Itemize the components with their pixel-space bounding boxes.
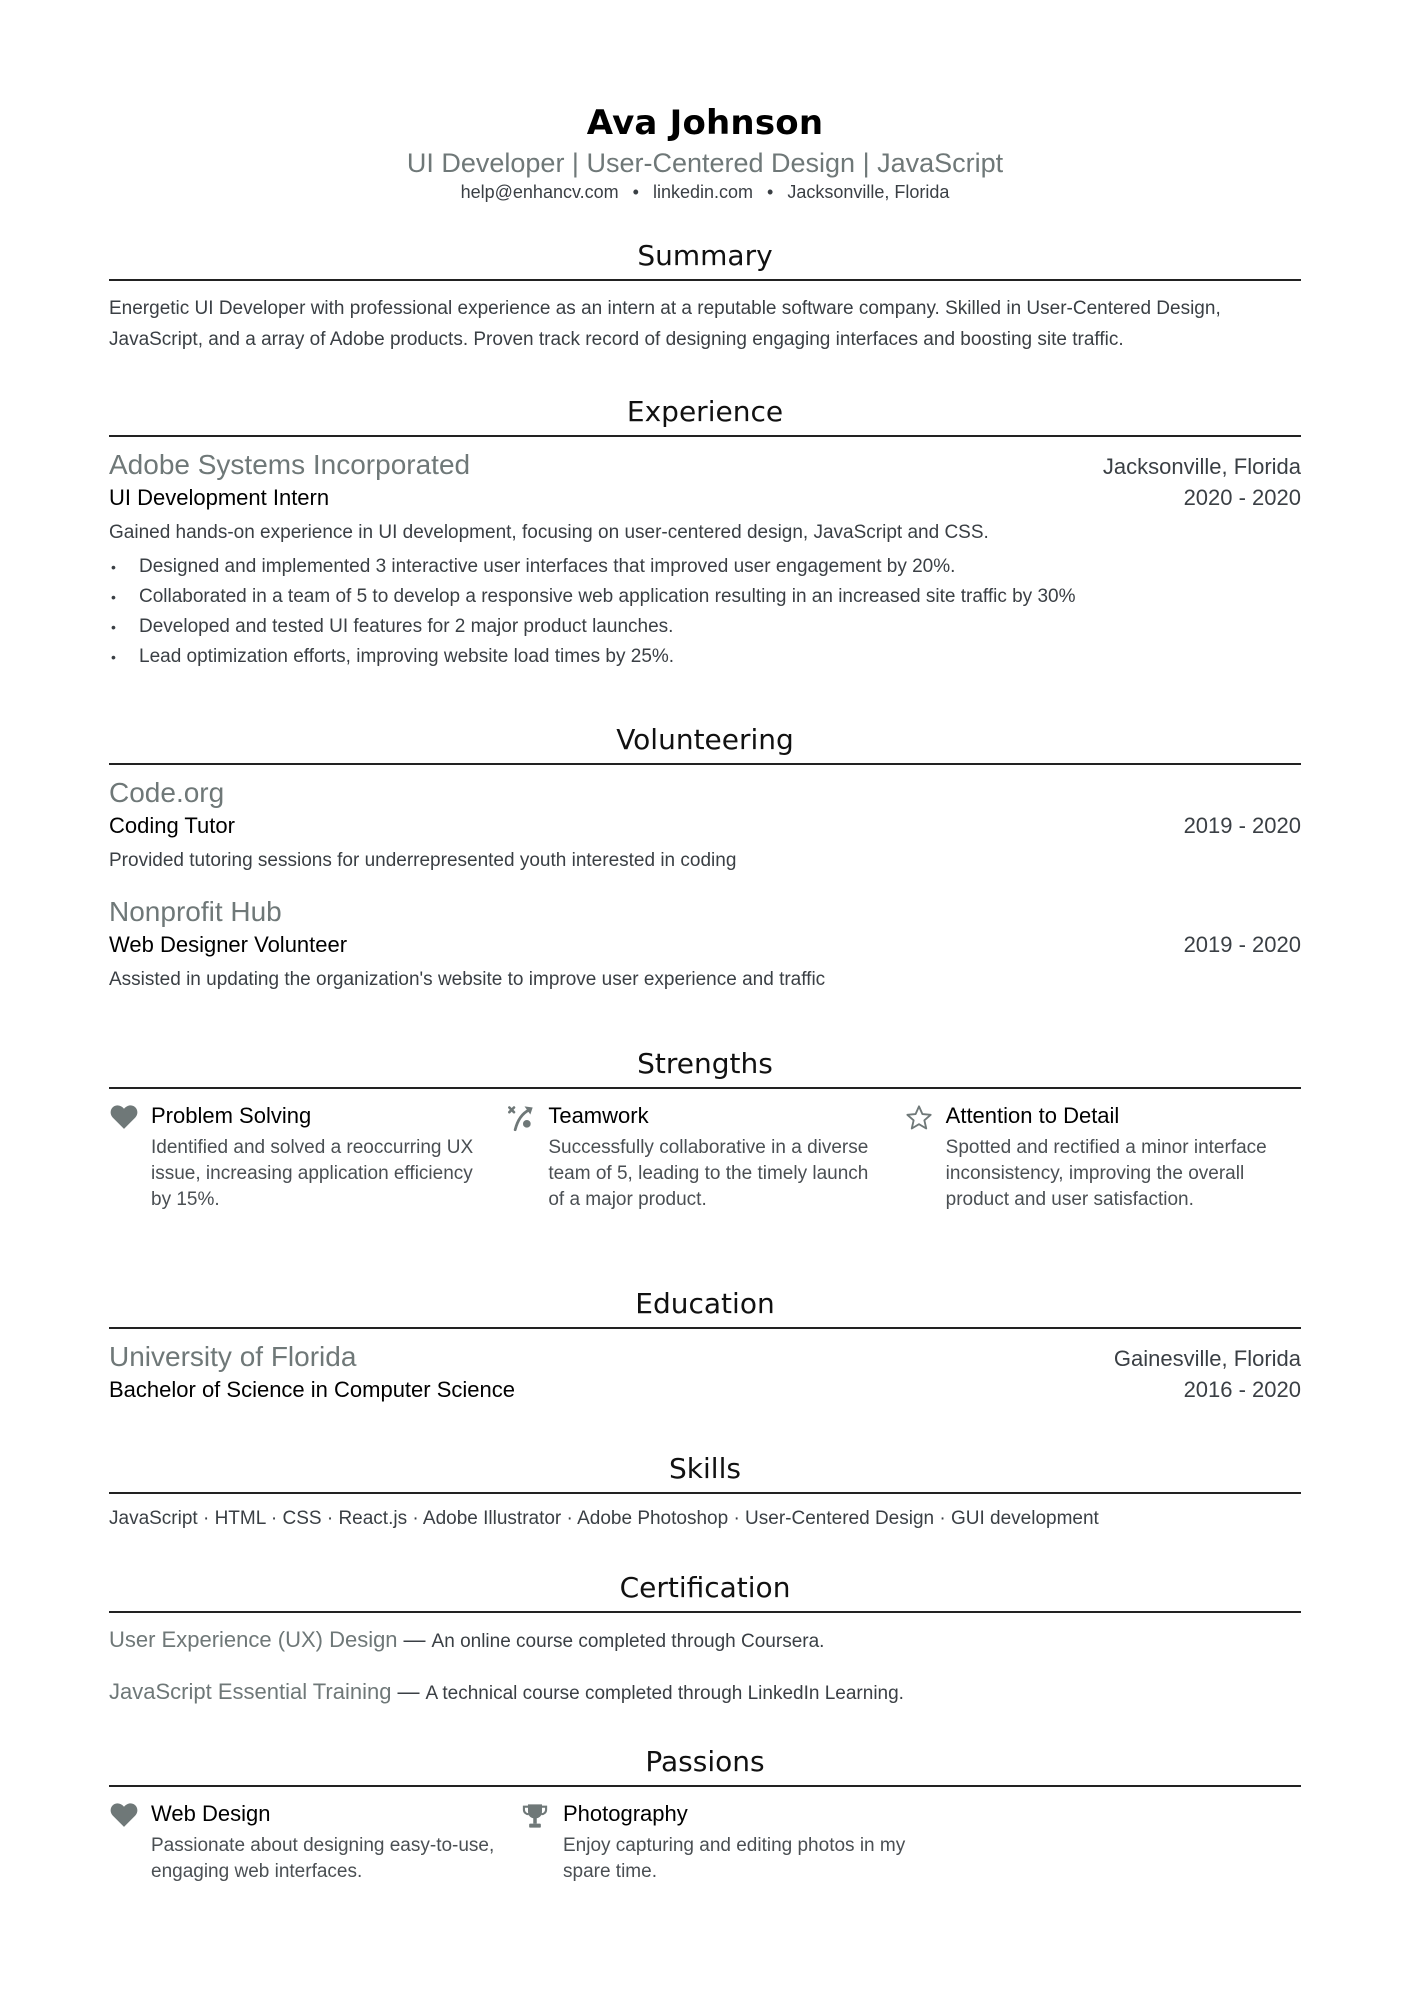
section-divider <box>109 1327 1301 1329</box>
bullet-item: Lead optimization efforts, improving web… <box>109 642 1301 672</box>
candidate-title: UI Developer | User-Centered Design | Ja… <box>109 146 1301 180</box>
certification-name: User Experience (UX) Design <box>109 1627 398 1652</box>
contact-line: help@enhancv.com•linkedin.com•Jacksonvil… <box>109 180 1301 204</box>
heart-icon <box>109 1799 151 1885</box>
volunteering-section: Volunteering Code.org Coding Tutor 2019 … <box>109 722 1301 995</box>
strength-title: Teamwork <box>548 1101 903 1131</box>
volunteer-role: Coding Tutor <box>109 811 235 841</box>
volunteer-entry: Nonprofit Hub Web Designer Volunteer 201… <box>109 894 1301 995</box>
section-divider <box>109 1611 1301 1613</box>
strength-item: Attention to Detail Spotted and rectifie… <box>904 1101 1301 1213</box>
passion-description: Passionate about designing easy-to-use, … <box>151 1833 521 1885</box>
education-entry: University of Florida Gainesville, Flori… <box>109 1339 1301 1405</box>
section-divider <box>109 763 1301 765</box>
skills-list: JavaScript · HTML · CSS · React.js · Ado… <box>109 1506 1301 1532</box>
section-divider <box>109 435 1301 437</box>
bullet-item: Designed and implemented 3 interactive u… <box>109 552 1301 582</box>
passion-item: Web Design Passionate about designing ea… <box>109 1799 521 1885</box>
section-title: Volunteering <box>109 722 1301 758</box>
job-role: UI Development Intern <box>109 483 329 513</box>
company-name: Adobe Systems Incorporated <box>109 447 470 483</box>
job-description: Gained hands-on experience in UI develop… <box>109 517 1301 548</box>
bullet-item: Collaborated in a team of 5 to develop a… <box>109 582 1301 612</box>
strength-title: Problem Solving <box>151 1101 506 1131</box>
section-title: Strengths <box>109 1046 1301 1082</box>
candidate-name: Ava Johnson <box>109 100 1301 146</box>
resume-header: Ava Johnson UI Developer | User-Centered… <box>109 100 1301 204</box>
strength-item: Problem Solving Identified and solved a … <box>109 1101 506 1213</box>
heart-icon <box>109 1101 151 1213</box>
strength-item: Teamwork Successfully collaborative in a… <box>506 1101 903 1213</box>
org-name: Code.org <box>109 775 1301 811</box>
trophy-icon <box>521 1799 563 1885</box>
section-divider <box>109 279 1301 281</box>
dash-separator: — <box>404 1627 426 1652</box>
certification-name: JavaScript Essential Training <box>109 1679 391 1704</box>
passion-description: Enjoy capturing and editing photos in my… <box>563 1833 933 1885</box>
bullet-item: Developed and tested UI features for 2 m… <box>109 612 1301 642</box>
separator-dot: • <box>633 180 639 204</box>
job-dates: 2020 - 2020 <box>1184 485 1301 511</box>
strength-description: Identified and solved a reoccurring UX i… <box>151 1135 506 1213</box>
certification-description: A technical course completed through Lin… <box>425 1683 903 1704</box>
star-icon <box>904 1101 946 1213</box>
education-dates: 2016 - 2020 <box>1184 1377 1301 1403</box>
strength-description: Spotted and rectified a minor interface … <box>946 1135 1301 1213</box>
section-title: Skills <box>109 1451 1301 1487</box>
certification-section: Certification User Experience (UX) Desig… <box>109 1570 1301 1710</box>
certification-description: An online course completed through Cours… <box>432 1631 825 1652</box>
certification-item: JavaScript Essential Training—A technica… <box>109 1677 1301 1710</box>
volunteer-dates: 2019 - 2020 <box>1184 813 1301 839</box>
separator-dot: • <box>767 180 773 204</box>
section-divider <box>109 1087 1301 1089</box>
strength-description: Successfully collaborative in a diverse … <box>548 1135 903 1213</box>
summary-text: Energetic UI Developer with professional… <box>109 293 1301 355</box>
skills-section: Skills JavaScript · HTML · CSS · React.j… <box>109 1451 1301 1532</box>
experience-entry: Adobe Systems Incorporated Jacksonville,… <box>109 447 1301 672</box>
volunteer-dates: 2019 - 2020 <box>1184 932 1301 958</box>
section-divider <box>109 1492 1301 1494</box>
section-divider <box>109 1785 1301 1787</box>
passion-title: Web Design <box>151 1799 521 1829</box>
passion-item: Photography Enjoy capturing and editing … <box>521 1799 933 1885</box>
strengths-section: Strengths Problem Solving Identified and… <box>109 1046 1301 1213</box>
job-bullets: Designed and implemented 3 interactive u… <box>109 552 1301 672</box>
strength-title: Attention to Detail <box>946 1101 1301 1131</box>
contact-email[interactable]: help@enhancv.com <box>461 182 619 202</box>
school-location: Gainesville, Florida <box>1114 1346 1301 1372</box>
education-section: Education University of Florida Gainesvi… <box>109 1286 1301 1405</box>
experience-section: Experience Adobe Systems Incorporated Ja… <box>109 394 1301 672</box>
volunteer-description: Assisted in updating the organization's … <box>109 964 1301 995</box>
section-title: Passions <box>109 1744 1301 1780</box>
section-title: Certification <box>109 1570 1301 1606</box>
job-location: Jacksonville, Florida <box>1103 454 1301 480</box>
passions-section: Passions Web Design Passionate about des… <box>109 1744 1301 1885</box>
degree: Bachelor of Science in Computer Science <box>109 1375 515 1405</box>
volunteer-description: Provided tutoring sessions for underrepr… <box>109 845 1301 876</box>
org-name: Nonprofit Hub <box>109 894 1301 930</box>
contact-location: Jacksonville, Florida <box>787 182 949 202</box>
volunteer-entry: Code.org Coding Tutor 2019 - 2020 Provid… <box>109 775 1301 876</box>
passion-title: Photography <box>563 1799 933 1829</box>
contact-linkedin[interactable]: linkedin.com <box>653 182 753 202</box>
dash-separator: — <box>397 1679 419 1704</box>
certification-item: User Experience (UX) Design—An online co… <box>109 1625 1301 1658</box>
section-title: Education <box>109 1286 1301 1322</box>
volunteer-role: Web Designer Volunteer <box>109 930 347 960</box>
section-title: Experience <box>109 394 1301 430</box>
school-name: University of Florida <box>109 1339 356 1375</box>
summary-section: Summary Energetic UI Developer with prof… <box>109 238 1301 355</box>
section-title: Summary <box>109 238 1301 274</box>
strategy-icon <box>506 1101 548 1213</box>
